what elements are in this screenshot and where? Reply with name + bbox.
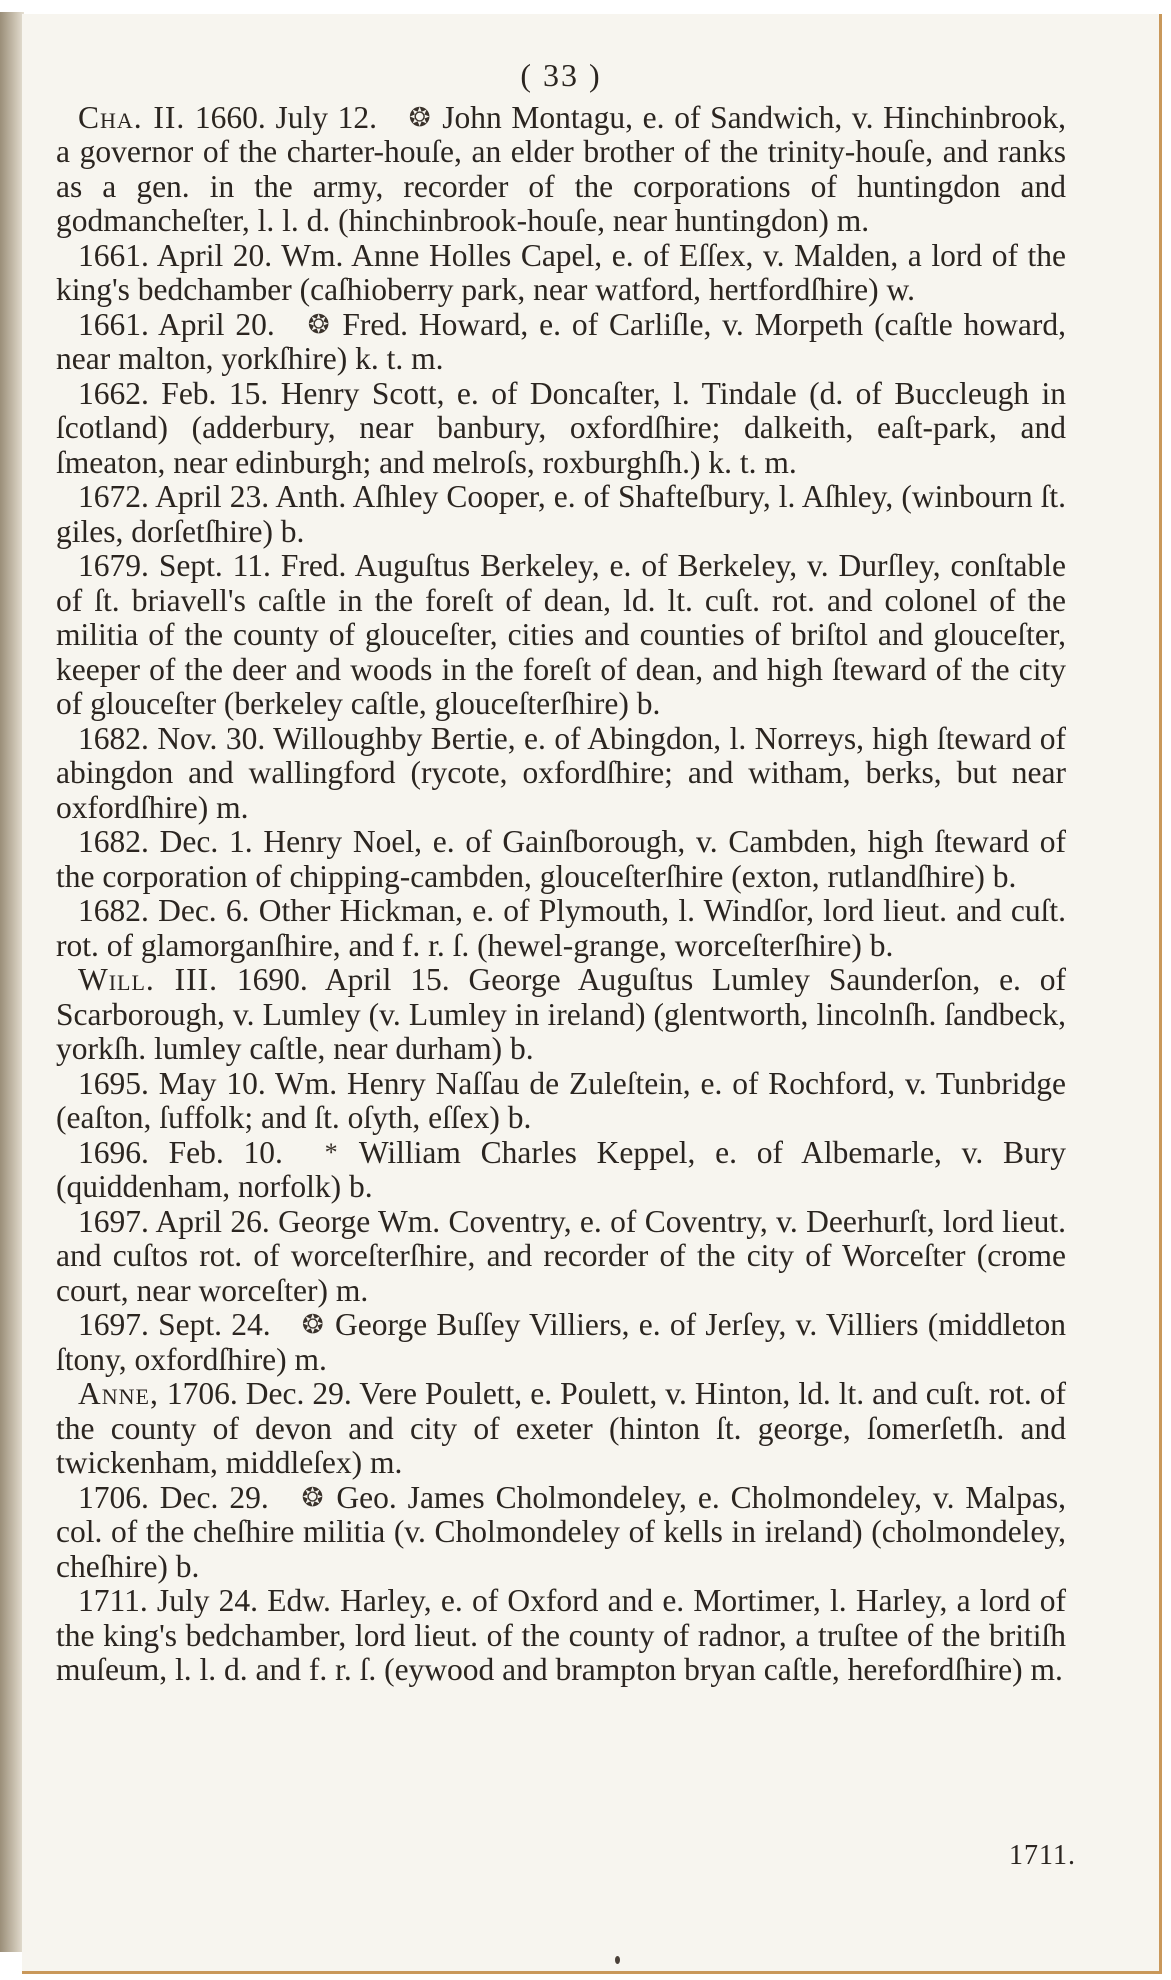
creation-date: 1662. Feb. 15. — [78, 376, 268, 411]
creation-date: 1711. July 24. — [78, 1583, 258, 1618]
peerage-entry: 1711. July 24. Edw. Harley, e. of Oxford… — [56, 1584, 1066, 1688]
catchword: 1711. — [1009, 1840, 1076, 1872]
cross-ornament-icon: ❂ — [280, 1308, 324, 1343]
asterisk-icon: * — [303, 1136, 338, 1171]
cross-ornament-icon: ❂ — [387, 101, 431, 136]
peerage-entry: 1662. Feb. 15. Henry Scott, e. of Doncaſ… — [56, 377, 1066, 481]
creation-date: 1672. April 23. — [78, 479, 269, 514]
creation-date: 1706. Dec. 29. — [78, 1480, 269, 1515]
peerage-entry: 1682. Dec. 1. Henry Noel, e. of Gainſbor… — [56, 825, 1066, 894]
peerage-entry: 1682. Nov. 30. Willoughby Bertie, e. of … — [56, 722, 1066, 826]
creation-date: 1661. April 20. — [78, 238, 272, 273]
creation-date: 1706. Dec. 29. — [167, 1376, 352, 1411]
reign-label: Will. III. — [78, 962, 218, 997]
creation-date: 1695. May 10. — [78, 1066, 266, 1101]
peerage-entry: 1696. Feb. 10. * William Charles Keppel,… — [56, 1136, 1066, 1205]
creation-date: 1697. Sept. 24. — [78, 1307, 271, 1342]
peerage-entry: 1697. April 26. George Wm. Coventry, e. … — [56, 1205, 1066, 1309]
creation-date: 1660. July 12. — [195, 100, 377, 135]
peerage-entry: 1679. Sept. 11. Fred. Auguſtus Berkeley,… — [56, 549, 1066, 722]
creation-date: 1696. Feb. 10. — [78, 1135, 283, 1170]
creation-date: 1682. Nov. 30. — [78, 721, 265, 756]
peerage-entry: 1672. April 23. Anth. Aſhley Cooper, e. … — [56, 480, 1066, 549]
peerage-entry: 1661. April 20. ❂ Fred. Howard, e. of Ca… — [56, 308, 1066, 377]
creation-date: 1661. April 20. — [78, 307, 275, 342]
creation-date: 1690. April 15. — [237, 962, 450, 997]
creation-date: 1682. Dec. 6. — [78, 893, 250, 928]
page-number: ( 33 ) — [56, 58, 1066, 93]
reign-label: Cha. II. — [78, 100, 185, 135]
creation-date: 1697. April 26. — [78, 1204, 270, 1239]
reign-label: Anne, — [78, 1376, 159, 1411]
cross-ornament-icon: ❂ — [280, 1481, 324, 1516]
peerage-entry: Cha. II. 1660. July 12. ❂ John Montagu, … — [56, 101, 1066, 239]
page-text-block: ( 33 ) Cha. II. 1660. July 12. ❂ John Mo… — [56, 58, 1066, 1688]
creation-date: 1682. Dec. 1. — [78, 824, 253, 859]
peerage-entry: 1682. Dec. 6. Other Hickman, e. of Plymo… — [56, 894, 1066, 963]
paper-speck — [615, 1956, 620, 1964]
peerage-entry: Will. III. 1690. April 15. George Auguſt… — [56, 963, 1066, 1067]
peerage-entry-list: Cha. II. 1660. July 12. ❂ John Montagu, … — [56, 101, 1066, 1688]
peerage-entry: 1695. May 10. Wm. Henry Naſſau de Zuleſt… — [56, 1067, 1066, 1136]
peerage-entry: 1661. April 20. Wm. Anne Holles Capel, e… — [56, 239, 1066, 308]
book-spine-shadow — [0, 12, 24, 1952]
peerage-entry: Anne, 1706. Dec. 29. Vere Poulett, e. Po… — [56, 1377, 1066, 1481]
peerage-entry: 1706. Dec. 29. ❂ Geo. James Cholmondeley… — [56, 1481, 1066, 1585]
peerage-entry: 1697. Sept. 24. ❂ George Buſſey Villiers… — [56, 1308, 1066, 1377]
cross-ornament-icon: ❂ — [286, 308, 330, 343]
creation-date: 1679. Sept. 11. — [78, 548, 271, 583]
